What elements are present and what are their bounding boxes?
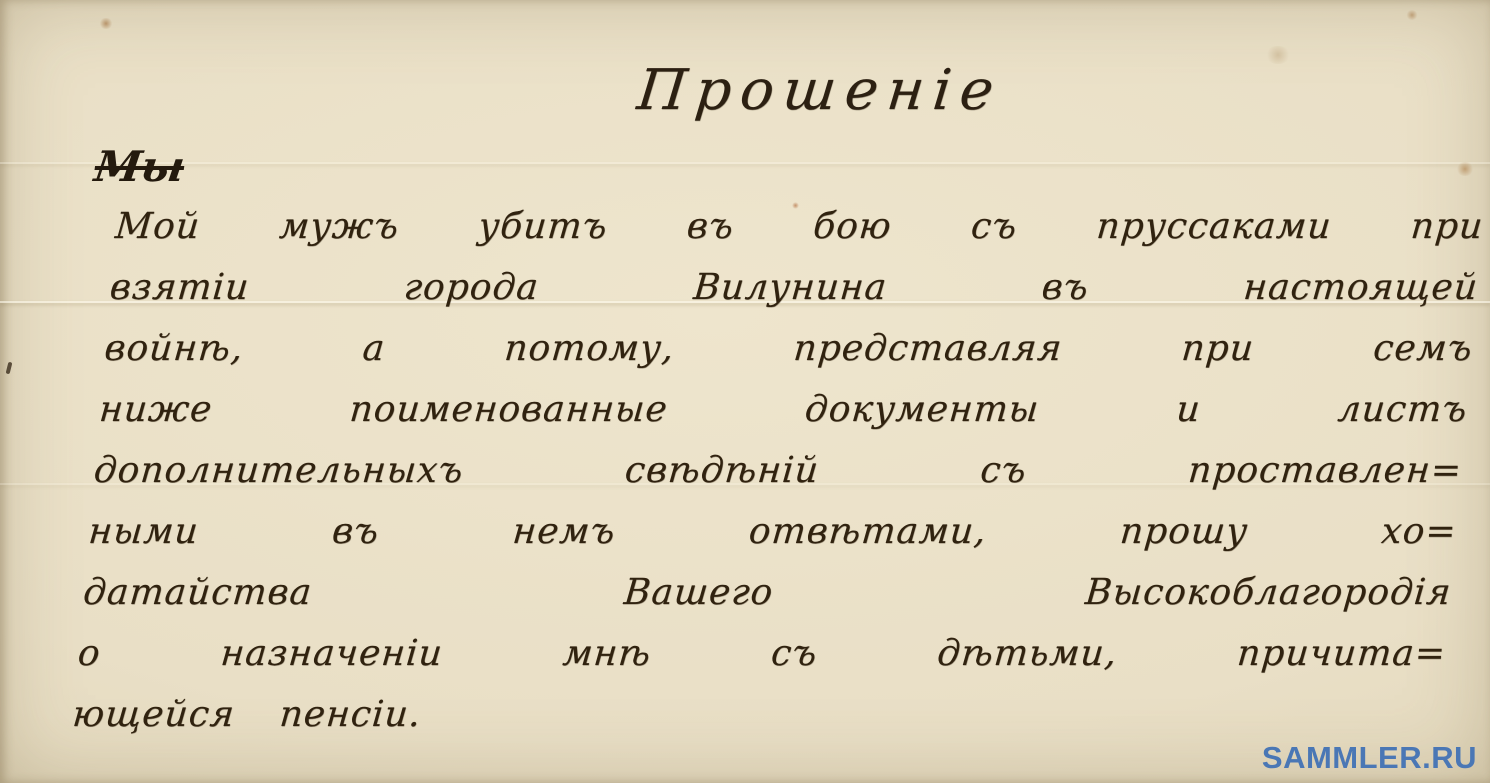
foxing-stain bbox=[1456, 162, 1474, 176]
crossed-out-word: Мы bbox=[92, 142, 188, 191]
handwritten-line: войнѣ, а потому, представляя при семъ bbox=[102, 318, 1475, 379]
foxing-stain bbox=[1406, 10, 1418, 20]
scanned-document-page: Прошеніе Мы Мой мужъ убитъ въ бою съ пру… bbox=[0, 0, 1490, 783]
handwritten-line: о назначеніи мнѣ съ дѣтьми, причита= bbox=[75, 623, 1448, 684]
fold-crease bbox=[0, 162, 1490, 164]
handwritten-line: ниже поименованные документы и листъ bbox=[97, 379, 1470, 440]
document-title: Прошеніе bbox=[0, 58, 1490, 123]
watermark: SAMMLER.RU bbox=[1262, 740, 1477, 776]
handwritten-line: взятіи города Вилунина въ настоящей bbox=[107, 257, 1480, 318]
foxing-stain bbox=[99, 18, 113, 29]
handwritten-line: дополнительныхъ свѣдѣній съ проставлен= bbox=[91, 440, 1464, 501]
document-body: Мой мужъ убитъ въ бою съ пруссаками при … bbox=[70, 196, 1486, 745]
handwritten-line: ющейся пенсіи. bbox=[70, 684, 1443, 745]
handwritten-line: датайства Вашего Высокоблагородія bbox=[81, 562, 1454, 623]
handwritten-line: ными въ немъ отвѣтами, прошу хо= bbox=[86, 501, 1459, 562]
handwritten-line: Мой мужъ убитъ въ бою съ пруссаками при bbox=[113, 196, 1486, 257]
ink-mark bbox=[6, 362, 13, 375]
